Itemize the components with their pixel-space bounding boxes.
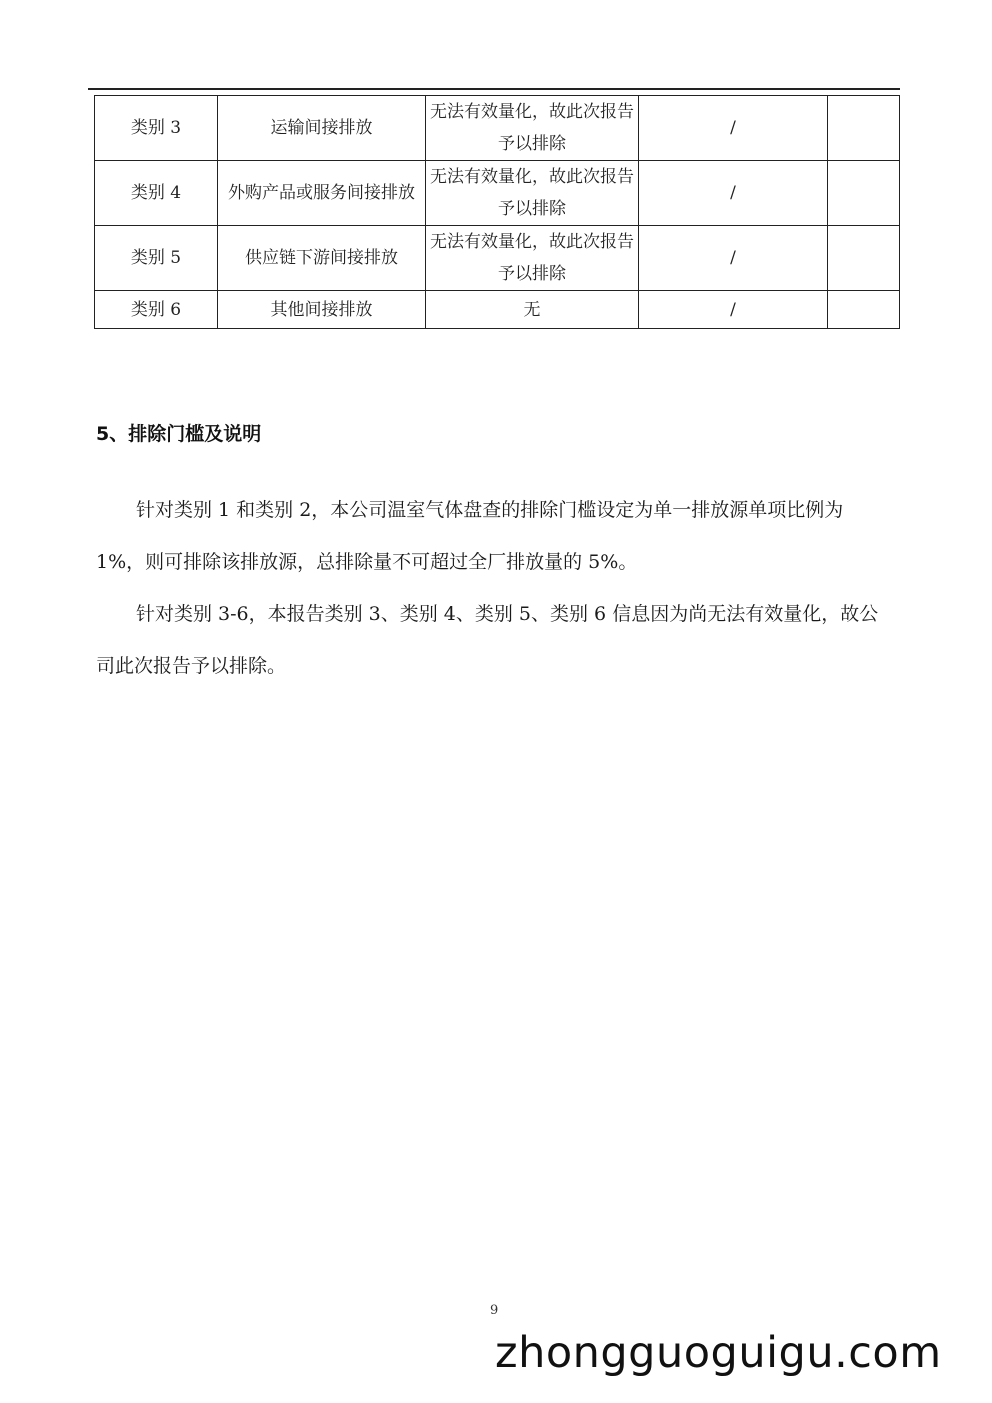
header-rule	[88, 88, 900, 90]
value-cell: /	[639, 161, 828, 226]
note-cell	[828, 226, 900, 291]
category-cell: 类别 3	[95, 96, 218, 161]
emissions-category-table: 类别 3 运输间接排放 无法有效量化，故此次报告予以排除 / 类别 4 外购产品…	[94, 95, 900, 329]
emission-name-cell: 其他间接排放	[218, 291, 426, 329]
table-row: 类别 5 供应链下游间接排放 无法有效量化，故此次报告予以排除 /	[95, 226, 900, 291]
note-cell	[828, 161, 900, 226]
category-cell: 类别 4	[95, 161, 218, 226]
value-cell: /	[639, 226, 828, 291]
quantification-cell: 无法有效量化，故此次报告予以排除	[426, 226, 639, 291]
paragraph-threshold-cat1-2: 针对类别 1 和类别 2，本公司温室气体盘查的排除门槛设定为单一排放源单项比例为…	[96, 484, 886, 588]
quantification-cell: 无法有效量化，故此次报告予以排除	[426, 161, 639, 226]
watermark-text: zhongguoguigu.com	[495, 1328, 942, 1378]
value-cell: /	[639, 96, 828, 161]
quantification-cell: 无	[426, 291, 639, 329]
category-cell: 类别 6	[95, 291, 218, 329]
section-heading: 5、排除门槛及说明	[96, 419, 261, 446]
table-row: 类别 6 其他间接排放 无 /	[95, 291, 900, 329]
note-cell	[828, 291, 900, 329]
table-row: 类别 3 运输间接排放 无法有效量化，故此次报告予以排除 /	[95, 96, 900, 161]
page-number: 9	[490, 1303, 498, 1318]
note-cell	[828, 96, 900, 161]
emission-name-cell: 运输间接排放	[218, 96, 426, 161]
quantification-cell: 无法有效量化，故此次报告予以排除	[426, 96, 639, 161]
paragraph-threshold-cat3-6: 针对类别 3-6，本报告类别 3、类别 4、类别 5、类别 6 信息因为尚无法有…	[96, 588, 886, 692]
category-cell: 类别 5	[95, 226, 218, 291]
table-row: 类别 4 外购产品或服务间接排放 无法有效量化，故此次报告予以排除 /	[95, 161, 900, 226]
emission-name-cell: 外购产品或服务间接排放	[218, 161, 426, 226]
value-cell: /	[639, 291, 828, 329]
emission-name-cell: 供应链下游间接排放	[218, 226, 426, 291]
